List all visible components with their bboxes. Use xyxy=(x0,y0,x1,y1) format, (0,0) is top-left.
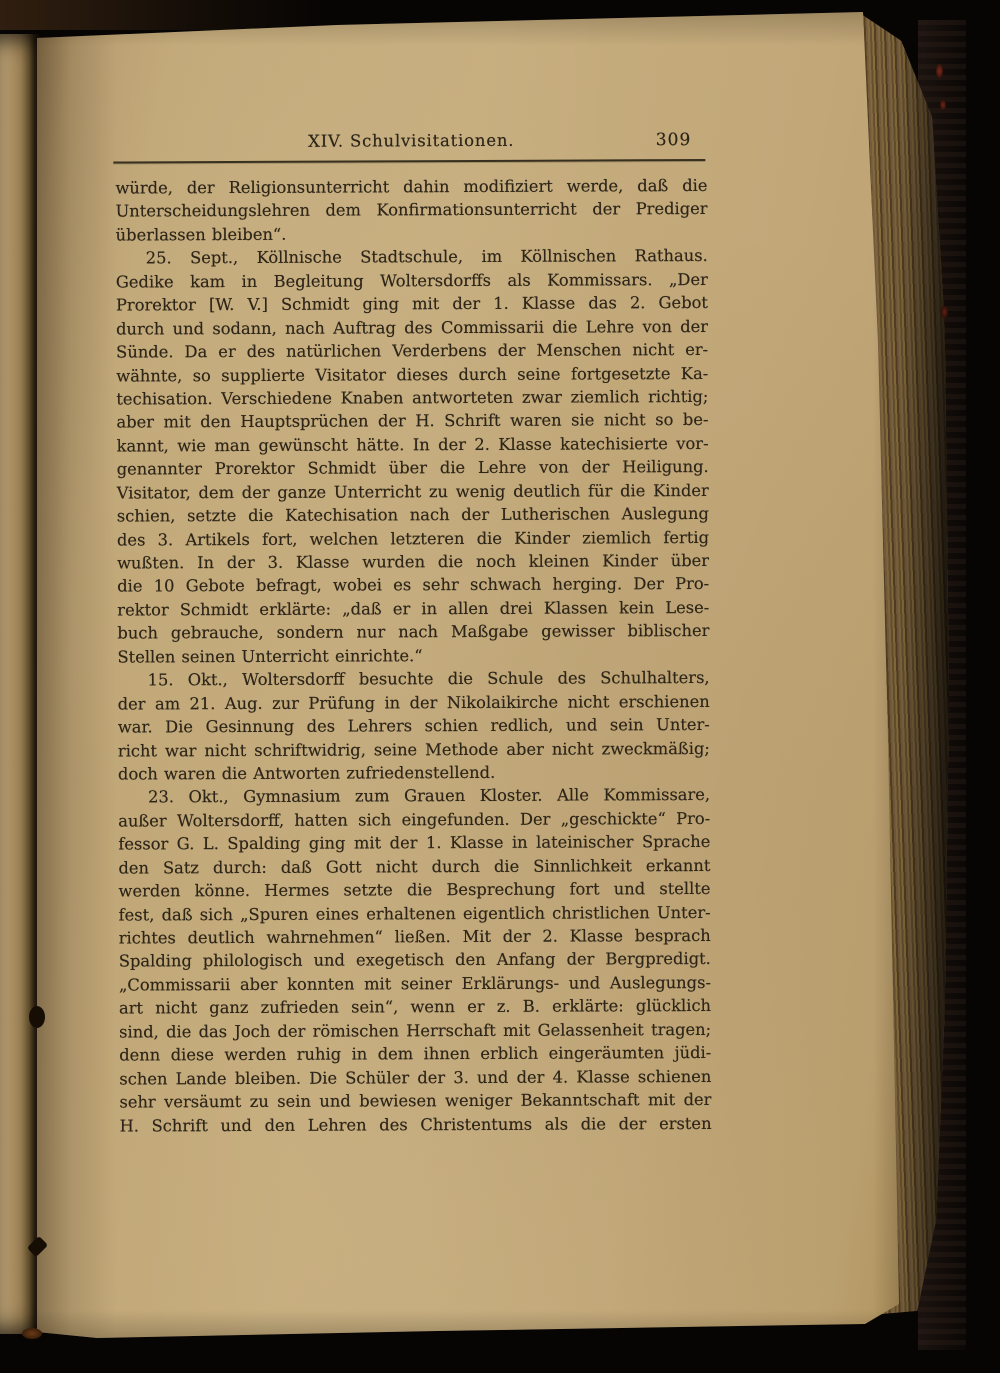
text-line: sind, die das Joch der römischen Herrsch… xyxy=(119,1018,711,1044)
text-line: doch waren die Antworten zufriedenstelle… xyxy=(118,760,710,786)
text-line: Visitator, dem der ganze Unterricht zu w… xyxy=(117,479,709,505)
cover-red-speck xyxy=(940,100,946,110)
text-line: richt war nicht schriftwidrig, seine Met… xyxy=(118,736,710,762)
page-content: XIV. Schulvisitationen. 309 würde, der R… xyxy=(35,10,903,1342)
text-line: buch gebrauche, sondern nur nach Maßgabe… xyxy=(117,619,709,645)
text-line: Spalding philologisch und exegetisch den… xyxy=(119,947,711,973)
text-line: werden könne. Hermes setzte die Besprech… xyxy=(118,877,710,903)
text-line: Stellen seinen Unterricht einrichte.“ xyxy=(117,643,709,669)
text-block: würde, der Religionsunterricht dahin mod… xyxy=(115,174,711,1138)
text-line: Sünde. Da er des natürlichen Verderbens … xyxy=(116,338,708,364)
text-line: überlassen bleiben“. xyxy=(116,221,708,247)
facing-page-edge xyxy=(0,34,40,1334)
text-line: wähnte, so supplierte Visitator dieses d… xyxy=(116,361,708,387)
text-line: schen Lande bleiben. Die Schüler der 3. … xyxy=(119,1065,711,1091)
text-line: Prorektor [W. V.] Schmidt ging mit der 1… xyxy=(116,291,708,317)
text-line: Gedike kam in Begleitung Woltersdorffs a… xyxy=(116,268,708,294)
text-line: durch und sodann, nach Auftrag des Commi… xyxy=(116,315,708,341)
text-line: denn diese werden ruhig in dem ihnen erb… xyxy=(119,1041,711,1067)
cover-red-speck xyxy=(936,64,943,78)
text-line: aber mit den Hauptsprüchen der H. Schrif… xyxy=(116,408,708,434)
text-line: würde, der Religionsunterricht dahin mod… xyxy=(115,174,707,200)
text-line: techisation. Verschiedene Knaben antwort… xyxy=(116,385,708,411)
text-line: außer Woltersdorff, hatten sich eingefun… xyxy=(118,807,710,833)
text-line: schien, setzte die Katechisation nach de… xyxy=(117,502,709,528)
text-line: sehr versäumt zu sein und bewiesen wenig… xyxy=(119,1088,711,1114)
text-line: wußten. In der 3. Klasse wurden die noch… xyxy=(117,549,709,575)
book-page: XIV. Schulvisitationen. 309 würde, der R… xyxy=(37,12,899,1340)
cover-red-speck xyxy=(941,306,948,318)
page-number: 309 xyxy=(656,129,692,151)
binding-stitch xyxy=(29,1006,45,1028)
text-line: 15. Okt., Woltersdorff besuchte die Schu… xyxy=(118,666,710,692)
text-line: „Commissarii aber konnten mit seiner Erk… xyxy=(119,971,711,997)
text-line: rektor Schmidt erklärte: „daß er in alle… xyxy=(117,596,709,622)
text-line: war. Die Gesinnung des Lehrers schien re… xyxy=(118,713,710,739)
stain-spot xyxy=(22,1328,42,1339)
text-line: 25. Sept., Köllnische Stadtschule, im Kö… xyxy=(116,244,708,270)
text-line: der am 21. Aug. zur Prüfung in der Nikol… xyxy=(118,690,710,716)
text-line: 23. Okt., Gymnasium zum Grauen Kloster. … xyxy=(118,783,710,809)
header-rule xyxy=(113,159,705,164)
text-line: Unterscheidungslehren dem Konfirmationsu… xyxy=(115,197,707,223)
book-cover-top-edge xyxy=(0,0,340,30)
text-line: H. Schrift und den Lehren des Christentu… xyxy=(119,1111,711,1137)
text-line: art nicht ganz zufrieden sein“, wenn er … xyxy=(119,994,711,1020)
text-line: richtes deutlich wahrnehmen“ ließen. Mit… xyxy=(119,924,711,950)
text-line: kannt, wie man gewünscht hätte. In der 2… xyxy=(117,432,709,458)
running-header: XIV. Schulvisitationen. xyxy=(308,131,514,151)
book-photo: XIV. Schulvisitationen. 309 würde, der R… xyxy=(0,0,1000,1373)
text-line: die 10 Gebote befragt, wobei es sehr sch… xyxy=(117,572,709,598)
text-line: genannter Prorektor Schmidt über die Leh… xyxy=(117,455,709,481)
text-line: fest, daß sich „Spuren eines erhaltenen … xyxy=(119,901,711,927)
running-header-row: XIV. Schulvisitationen. 309 xyxy=(115,129,707,154)
text-line: fessor G. L. Spalding ging mit der 1. Kl… xyxy=(118,830,710,856)
text-line: den Satz durch: daß Gott nicht durch die… xyxy=(118,854,710,880)
text-line: des 3. Artikels fort, welchen letzteren … xyxy=(117,526,709,552)
